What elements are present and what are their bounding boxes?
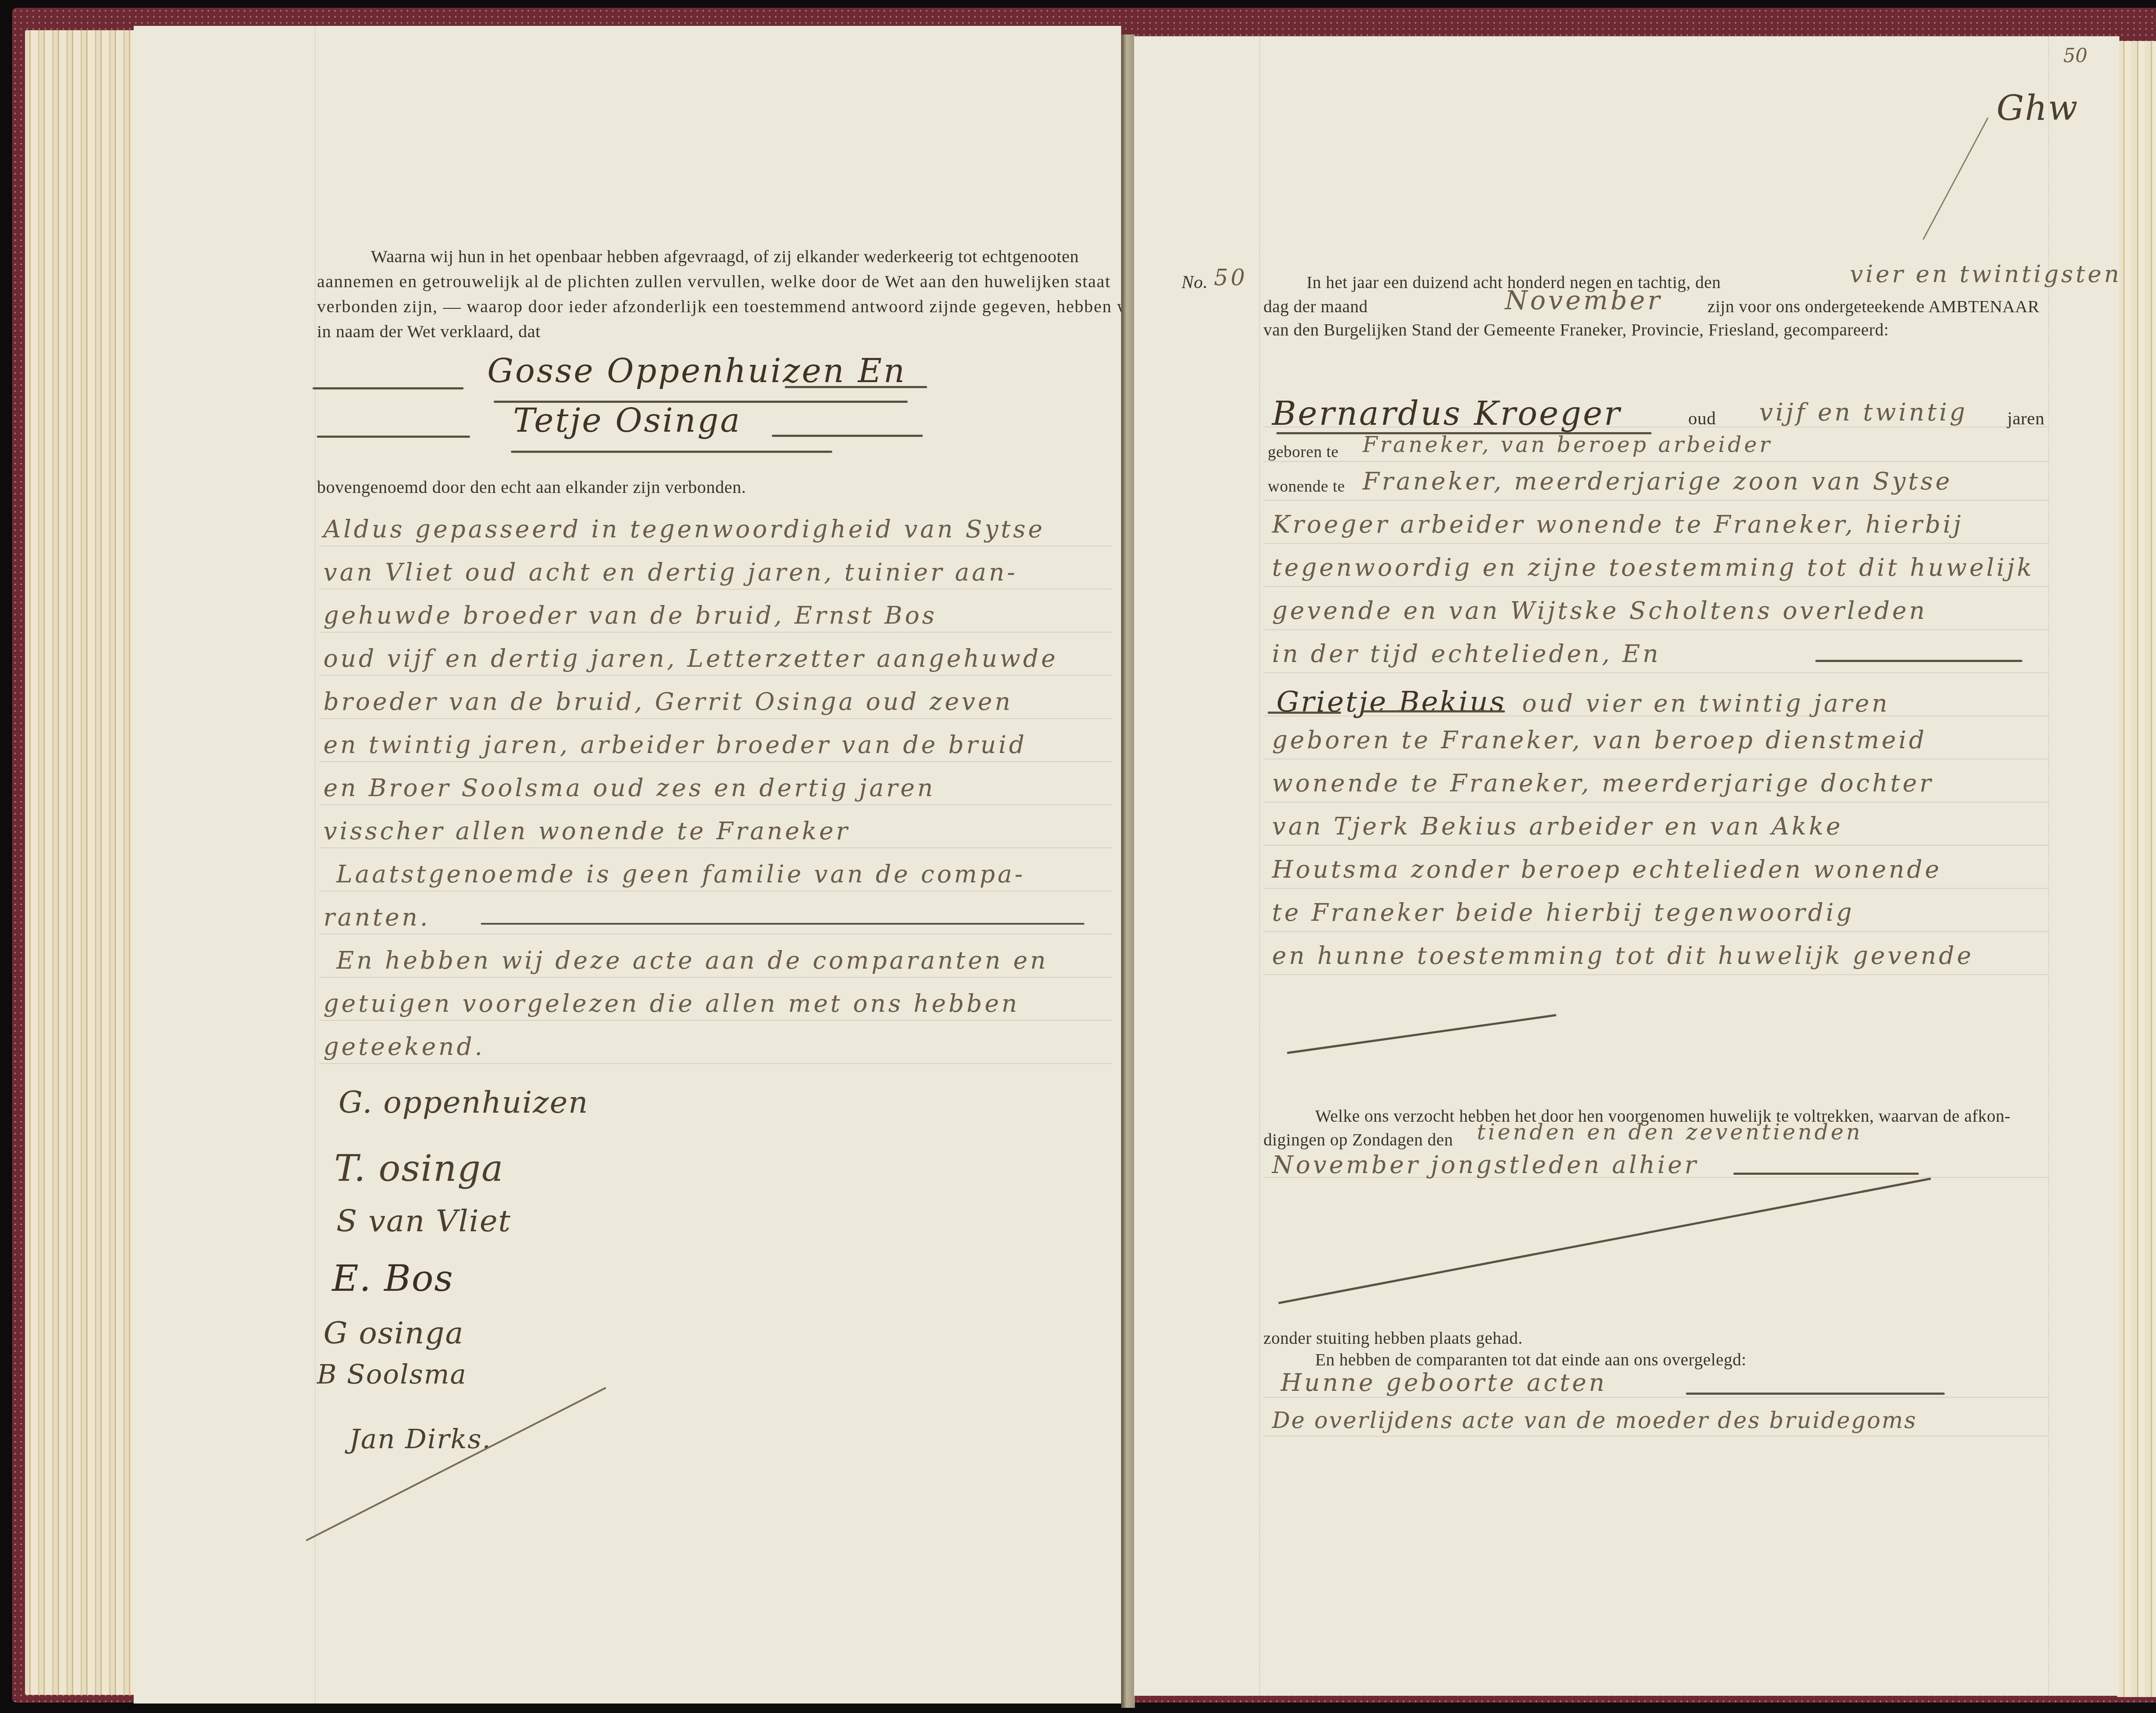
note-line-2: ranten. bbox=[323, 904, 430, 932]
fill-line bbox=[785, 386, 927, 388]
ruled-line bbox=[319, 761, 1112, 762]
bride-line-6: te Franeker beide hierbij tegenwoordig bbox=[1272, 899, 1854, 927]
ruled-line bbox=[1263, 629, 2048, 630]
ruled-line bbox=[319, 1020, 1112, 1021]
bride-line-1: oud vier en twintig jaren bbox=[1522, 690, 1890, 718]
ruled-line bbox=[1263, 802, 2048, 803]
printed-intro-line-2: aannemen en getrouwelijk al de plichten … bbox=[317, 269, 1111, 294]
groom-name-handwritten: Gosse Oppenhuizen En bbox=[487, 351, 906, 390]
printed-intro-line-4: in naam der Wet verklaard, dat bbox=[317, 319, 541, 344]
left-page: Waarna wij hun in het openbaar hebben af… bbox=[134, 26, 1121, 1704]
bride-line-2: geboren te Franeker, van beroep dienstme… bbox=[1272, 726, 1927, 754]
hand-sundays-cont: November jongstleden alhier bbox=[1272, 1151, 1698, 1179]
fill-line bbox=[1815, 660, 2022, 662]
groom-age: vijf en twintig bbox=[1759, 398, 1968, 427]
ruled-line bbox=[1263, 672, 2048, 673]
printed-wonende: wonende te bbox=[1268, 474, 1345, 499]
signature-witness-1: S van Vliet bbox=[336, 1203, 511, 1239]
right-page-edges bbox=[2117, 41, 2156, 1697]
initials-stroke bbox=[1923, 117, 1989, 240]
printed-intro-line-3: verbonden zijn, — waarop door ieder afzo… bbox=[317, 294, 1142, 319]
document-line-2: De overlijdens acte van de moeder des br… bbox=[1272, 1408, 1917, 1434]
ruled-line bbox=[1263, 931, 2048, 932]
hand-sundays: tienden en den zeventienden bbox=[1477, 1120, 1863, 1145]
book-gutter bbox=[1121, 35, 1135, 1708]
ruled-line bbox=[1263, 500, 2048, 501]
signature-witness-3: G osinga bbox=[323, 1315, 464, 1351]
printed-line-2a: dag der maand bbox=[1263, 294, 1368, 319]
witness-line-8: visscher allen wonende te Franeker bbox=[323, 817, 850, 845]
ruled-line bbox=[319, 632, 1112, 633]
closing-line-2: getuigen voorgelezen die allen met ons h… bbox=[323, 990, 1020, 1018]
signature-flourish bbox=[306, 1387, 606, 1541]
witness-line-6: en twintig jaren, arbeider broeder van d… bbox=[323, 731, 1027, 759]
cancel-stroke-2 bbox=[1279, 1177, 1931, 1304]
fill-line bbox=[317, 436, 470, 438]
underline-bride-name-a bbox=[1268, 712, 1341, 714]
folio-number: 50 bbox=[2063, 45, 2087, 67]
printed-sundays: digingen op Zondagen den bbox=[1263, 1127, 1453, 1152]
printed-line-3: van den Burgelijken Stand der Gemeente F… bbox=[1263, 317, 1889, 342]
right-margin-rule bbox=[1259, 36, 1260, 1696]
fill-line bbox=[1733, 1173, 1919, 1175]
left-margin-rule bbox=[315, 26, 316, 1704]
fill-line bbox=[313, 387, 464, 389]
hand-month: November bbox=[1505, 285, 1663, 316]
groom-detail-line-1: Kroeger arbeider wonende te Franeker, hi… bbox=[1272, 511, 1963, 539]
witness-line-7: en Broer Soolsma oud zes en dertig jaren bbox=[323, 774, 935, 802]
bride-line-5: Houtsma zonder beroep echtelieden wonend… bbox=[1272, 856, 1942, 884]
fill-line bbox=[772, 435, 923, 437]
groom-detail-line-2: tegenwoordig en zijne toestemming tot di… bbox=[1272, 554, 2034, 582]
ruled-line bbox=[319, 1063, 1112, 1064]
witness-line-1: Aldus gepasseerd in tegenwoordigheid van… bbox=[323, 515, 1045, 543]
groom-detail-line-4: in der tijd echtelieden, En bbox=[1272, 640, 1661, 668]
printed-oud: oud bbox=[1688, 406, 1716, 431]
printed-line-2b: zijn voor ons ondergeteekende AMBTENAAR bbox=[1708, 294, 2040, 319]
ruled-line bbox=[319, 546, 1112, 546]
ruled-line bbox=[1263, 1436, 2048, 1437]
bride-line-4: van Tjerk Bekius arbeider en van Akke bbox=[1272, 813, 1843, 841]
hand-day: vier en twintigsten bbox=[1850, 260, 2122, 288]
ruled-line bbox=[1263, 543, 2048, 544]
bride-line-3: wonende te Franeker, meerderjarige docht… bbox=[1272, 769, 1934, 797]
ruled-line bbox=[1263, 1397, 2048, 1398]
fill-line bbox=[1686, 1393, 1945, 1395]
act-number-label: No. bbox=[1181, 270, 1208, 295]
note-line-1: Laatstgenoemde is geen familie van de co… bbox=[336, 860, 1025, 888]
groom-birthplace: Franeker, van beroep arbeider bbox=[1363, 432, 1772, 457]
printed-geboren: geboren te bbox=[1268, 439, 1338, 464]
left-page-edges bbox=[25, 30, 137, 1695]
cancel-stroke-1 bbox=[1287, 1014, 1557, 1054]
ruled-line bbox=[1263, 461, 2048, 462]
witness-line-4: oud vijf en dertig jaren, Letterzetter a… bbox=[323, 645, 1058, 673]
closing-line-3: geteekend. bbox=[323, 1033, 485, 1061]
ruled-line bbox=[1263, 974, 2048, 975]
initials-mark: Ghw bbox=[1996, 88, 2078, 128]
printed-bound-text: bovengenoemd door den echt aan elkander … bbox=[317, 474, 746, 499]
closing-line-1: En hebben wij deze acte aan de comparant… bbox=[336, 947, 1048, 975]
ruled-line bbox=[319, 847, 1112, 848]
ruled-line bbox=[319, 891, 1112, 891]
ruled-line bbox=[1263, 845, 2048, 846]
ruled-line bbox=[319, 675, 1112, 676]
ruled-line bbox=[319, 804, 1112, 805]
ruled-line bbox=[319, 718, 1112, 719]
act-number: 50 bbox=[1214, 265, 1247, 291]
ruled-line bbox=[1263, 586, 2048, 587]
groom-residence: Franeker, meerderjarige zoon van Sytse bbox=[1363, 467, 1952, 496]
signature-witness-2: E. Bos bbox=[332, 1257, 454, 1299]
right-page: 50 Ghw No. 50 In het jaar een duizend ac… bbox=[1134, 36, 2119, 1696]
bride-name-handwritten: Tetje Osinga bbox=[513, 401, 742, 439]
bride-line-7: en hunne toestemming tot dit huwelijk ge… bbox=[1272, 942, 1974, 970]
ruled-line bbox=[1263, 888, 2048, 889]
ruled-line bbox=[319, 589, 1112, 590]
printed-intro-line-1: Waarna wij hun in het openbaar hebben af… bbox=[371, 244, 1079, 269]
underline-bride-name-b bbox=[1363, 710, 1505, 712]
witness-line-3: gehuwde broeder van de bruid, Ernst Bos bbox=[323, 602, 937, 630]
ruled-line bbox=[319, 934, 1112, 935]
printed-jaren: jaren bbox=[2007, 406, 2044, 431]
signature-witness-4: B Soolsma bbox=[317, 1358, 467, 1390]
ruled-line bbox=[1263, 759, 2048, 759]
ruled-line bbox=[319, 977, 1112, 978]
underline-bride bbox=[511, 451, 832, 453]
groom-name: Bernardus Kroeger bbox=[1272, 394, 1621, 433]
signature-groom: G. oppenhuizen bbox=[338, 1085, 589, 1120]
document-line-1: Hunne geboorte acten bbox=[1281, 1369, 1607, 1397]
witness-line-5: broeder van de bruid, Gerrit Osinga oud … bbox=[323, 688, 1013, 716]
signature-registrar: Jan Dirks. bbox=[349, 1423, 492, 1455]
fill-line bbox=[481, 923, 1084, 925]
signature-bride: T. osinga bbox=[334, 1147, 504, 1189]
witness-line-2: van Vliet oud acht en dertig jaren, tuin… bbox=[323, 558, 1018, 587]
groom-detail-line-3: gevende en van Wijtske Scholtens overled… bbox=[1272, 597, 1927, 625]
